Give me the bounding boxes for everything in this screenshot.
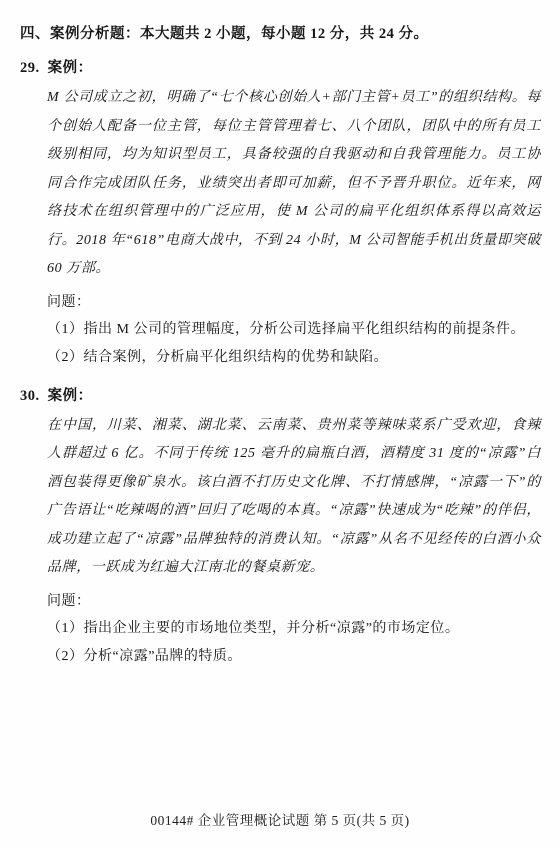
exam-paper-page: 四、案例分析题：本大题共 2 小题，每小题 12 分，共 24 分。 29.案例… <box>0 0 560 848</box>
question-29-sub-question-1: （1）指出 M 公司的管理幅度，分析公司选择扁平化组织结构的前提条件。 <box>47 316 540 344</box>
question-29: 29.案例： M 公司成立之初，明确了“七个核心创始人+部门主管+员工”的组织结… <box>20 57 540 372</box>
question-30-head: 30.案例： <box>20 385 540 407</box>
question-30-number: 30. <box>20 385 40 407</box>
question-29-sub-question-2: （2）结合案例，分析扁平化组织结构的优势和缺陷。 <box>47 344 540 372</box>
question-29-case-label: 案例： <box>48 60 93 76</box>
question-30-case-label: 案例： <box>48 388 93 404</box>
question-30-sub-question-1: （1）指出企业主要的市场地位类型，并分析“凉露”的市场定位。 <box>47 615 540 643</box>
question-29-head: 29.案例： <box>20 57 540 79</box>
question-29-case-body: M 公司成立之初，明确了“七个核心创始人+部门主管+员工”的组织结构。每个创始人… <box>47 84 541 284</box>
question-30: 30.案例： 在中国，川菜、湘菜、湖北菜、云南菜、贵州菜等辣味菜系广受欢迎，食辣… <box>20 385 540 671</box>
question-29-problem-label: 问题： <box>47 289 540 316</box>
question-30-problem-label: 问题： <box>47 588 540 615</box>
page-footer: 00144# 企业管理概论试题 第 5 页(共 5 页) <box>0 809 560 829</box>
section-header: 四、案例分析题：本大题共 2 小题，每小题 12 分，共 24 分。 <box>20 24 540 44</box>
question-30-case-body: 在中国，川菜、湘菜、湖北菜、云南菜、贵州菜等辣味菜系广受欢迎，食辣人群超过 6 … <box>47 412 541 583</box>
question-30-sub-question-2: （2）分析“凉露”品牌的特质。 <box>47 643 540 671</box>
question-29-number: 29. <box>20 57 40 79</box>
